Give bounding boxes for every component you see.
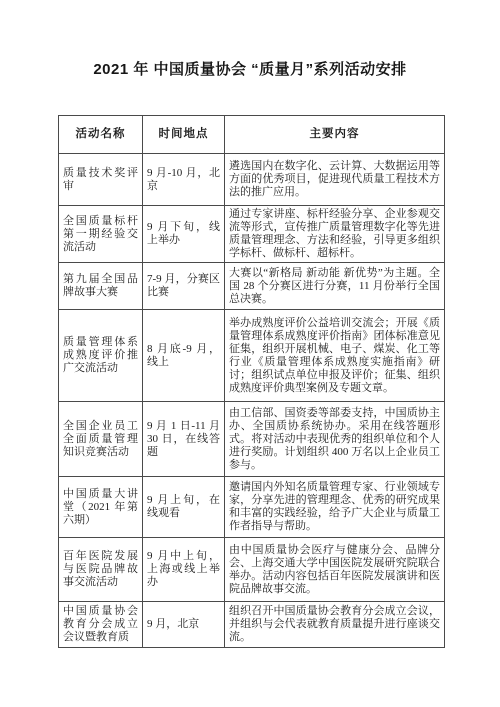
header-time-place: 时间地点 (143, 116, 225, 154)
main-content-cell: 组织召开中国质量协会教育分会成立会议，并组织与会代表就教育质量提升进行座谈交流。 (225, 602, 445, 648)
table-row: 百年医院发展与医院品牌故事交流活动 9 月中上旬，上海或线上举办 由中国质量协会… (59, 538, 445, 602)
table-row: 质量技术奖评审 9 月-10 月，北京 遴选国内在数字化、云计算、大数据运用等方… (59, 154, 445, 206)
time-place-cell: 9 月中上旬，上海或线上举办 (143, 538, 225, 602)
time-place-cell: 9 月 1 日-11 月 30 日，在线答题 (143, 402, 225, 477)
time-place-cell: 9 月，北京 (143, 602, 225, 648)
main-content-cell: 邀请国内外知名质量管理专家、行业领域专家，分享先进的管理理念、优秀的研究成果和丰… (225, 477, 445, 538)
activity-name-cell: 全国质量标杆第一期经验交流活动 (59, 206, 143, 263)
activity-name-cell: 第九届全国品牌故事大赛 (59, 263, 143, 310)
main-content-cell: 通过专家讲座、标杆经验分享、企业参观交流等形式，宣传推广质量管理数字化等先进质量… (225, 206, 445, 263)
header-activity-name: 活动名称 (59, 116, 143, 154)
main-content-cell: 由中国质量协会医疗与健康分会、品牌分会、上海交通大学中国医院发展研究院联合举办。… (225, 538, 445, 602)
main-content-cell: 遴选国内在数字化、云计算、大数据运用等方面的优秀项目，促进现代质量工程技术方法的… (225, 154, 445, 206)
time-place-cell: 9 月-10 月，北京 (143, 154, 225, 206)
time-place-cell: 8 月底-9 月，线上 (143, 310, 225, 402)
activity-name-cell: 全国企业员工全面质量管理知识竞赛活动 (59, 402, 143, 477)
activity-name-cell: 中国质量大讲堂（2021 年第六期） (59, 477, 143, 538)
table-header-row: 活动名称 时间地点 主要内容 (59, 116, 445, 154)
activity-name-cell: 质量技术奖评审 (59, 154, 143, 206)
header-main-content: 主要内容 (225, 116, 445, 154)
activities-table: 活动名称 时间地点 主要内容 质量技术奖评审 9 月-10 月，北京 遴选国内在… (58, 115, 445, 648)
main-content-cell: 大赛以“新格局 新动能 新优势”为主题。全国 28 个分赛区进行分赛，11 月份… (225, 263, 445, 310)
time-place-cell: 9 月上旬，在线观看 (143, 477, 225, 538)
activity-name-cell: 百年医院发展与医院品牌故事交流活动 (59, 538, 143, 602)
table-row: 质量管理体系成熟度评价推广交流活动 8 月底-9 月，线上 举办成熟度评价公益培… (59, 310, 445, 402)
table-row: 全国质量标杆第一期经验交流活动 9 月下旬，线上举办 通过专家讲座、标杆经验分享… (59, 206, 445, 263)
table-row: 中国质量大讲堂（2021 年第六期） 9 月上旬，在线观看 邀请国内外知名质量管… (59, 477, 445, 538)
table-row: 第九届全国品牌故事大赛 7-9 月，分赛区比赛 大赛以“新格局 新动能 新优势”… (59, 263, 445, 310)
main-content-cell: 由工信部、国资委等部委支持，中国质协主办、全国质协系统协办。采用在线答题形式。将… (225, 402, 445, 477)
main-content-cell: 举办成熟度评价公益培训交流会；开展《质量管理体系成熟度评价指南》团体标准意见征集… (225, 310, 445, 402)
table-row: 全国企业员工全面质量管理知识竞赛活动 9 月 1 日-11 月 30 日，在线答… (59, 402, 445, 477)
time-place-cell: 9 月下旬，线上举办 (143, 206, 225, 263)
page-title: 2021 年 中国质量协会 “质量月”系列活动安排 (0, 58, 500, 79)
activity-name-cell: 中国质量协会教育分会成立会议暨教育质 (59, 602, 143, 648)
time-place-cell: 7-9 月，分赛区比赛 (143, 263, 225, 310)
document-page: 2021 年 中国质量协会 “质量月”系列活动安排 活动名称 时间地点 主要内容… (0, 0, 500, 707)
activity-name-cell: 质量管理体系成熟度评价推广交流活动 (59, 310, 143, 402)
table-row: 中国质量协会教育分会成立会议暨教育质 9 月，北京 组织召开中国质量协会教育分会… (59, 602, 445, 648)
